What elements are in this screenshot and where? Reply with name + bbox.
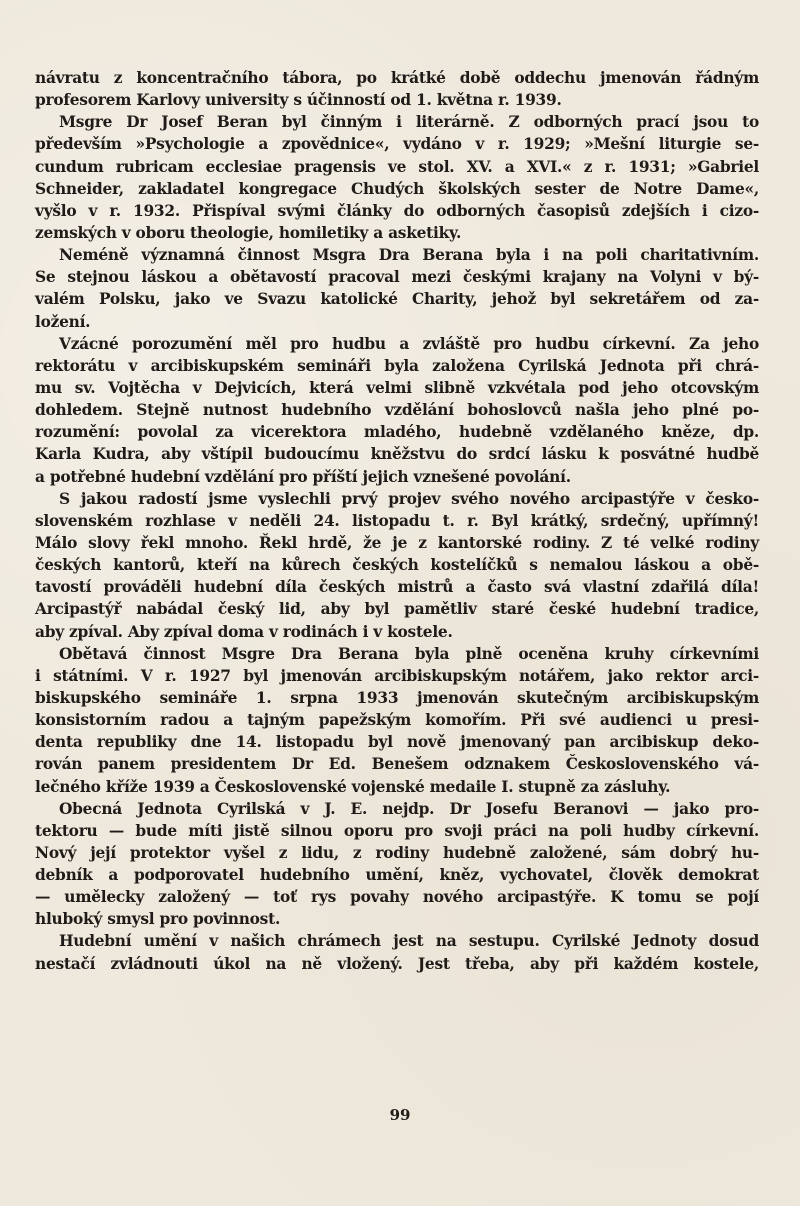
text-line: Schneider, zakladatel kongregace Chudých… [35,178,759,200]
text-line: — umělecky založený — toť rys povahy nov… [35,886,759,908]
paragraph: Obětavá činnost Msgre Dra Berana byla pl… [35,643,759,798]
paragraph: Hudební umění v našich chrámech jest na … [35,930,759,974]
text-line: lečného kříže 1939 a Československé voje… [35,776,759,798]
text-line: biskupského semináře 1. srpna 1933 jmeno… [35,687,759,709]
text-line: Hudební umění v našich chrámech jest na … [35,930,759,952]
text-line: a potřebné hudební vzdělání pro příští j… [35,466,759,488]
text-line: S jakou radostí jsme vyslechli prvý proj… [35,488,759,510]
text-line: Msgre Dr Josef Beran byl činným i literá… [35,111,759,133]
text-line: rektorátu v arcibiskupském semináři byla… [35,355,759,377]
text-line: tektoru — bude míti jistě silnou oporu p… [35,820,759,842]
page-body: návratu z koncentračního tábora, po krát… [35,67,759,975]
text-line: Málo slovy řekl mnoho. Řekl hrdě, že je … [35,532,759,554]
text-line: hluboký smysl pro povinnost. [35,908,759,930]
text-line: Karla Kudra, aby vštípil budoucímu kněžs… [35,443,759,465]
text-line: i státními. V r. 1927 byl jmenován arcib… [35,665,759,687]
text-line: Arcipastýř nabádal český lid, aby byl pa… [35,598,759,620]
text-line: návratu z koncentračního tábora, po krát… [35,67,759,89]
text-line: konsistorním radou a tajným papežským ko… [35,709,759,731]
text-line: českých kantorů, kteří na kůrech českých… [35,554,759,576]
text-line: Se stejnou láskou a obětavostí pracoval … [35,266,759,288]
page-number: 99 [0,1106,800,1124]
paragraph: návratu z koncentračního tábora, po krát… [35,67,759,111]
text-line: Obecná Jednota Cyrilská v J. E. nejdp. D… [35,798,759,820]
text-line: profesorem Karlovy university s účinnost… [35,89,759,111]
text-line: tavostí prováděli hudební díla českých m… [35,576,759,598]
text-line: aby zpíval. Aby zpíval doma v rodinách i… [35,621,759,643]
paragraph: Neméně významná činnost Msgra Dra Berana… [35,244,759,333]
text-line: cundum rubricam ecclesiae pragensis ve s… [35,156,759,178]
text-line: Vzácné porozumění měl pro hudbu a zvlášt… [35,333,759,355]
text-line: Obětavá činnost Msgre Dra Berana byla pl… [35,643,759,665]
text-line: zemských v oboru theologie, homiletiky a… [35,222,759,244]
text-line: valém Polsku, jako ve Svazu katolické Ch… [35,288,759,310]
text-line: dohledem. Stejně nutnost hudebního vzděl… [35,399,759,421]
text-line: Nový její protektor vyšel z lidu, z rodi… [35,842,759,864]
text-line: slovenském rozhlase v neděli 24. listopa… [35,510,759,532]
paragraph: Obecná Jednota Cyrilská v J. E. nejdp. D… [35,798,759,931]
text-line: rován panem presidentem Dr Ed. Benešem o… [35,753,759,775]
text-line: debník a podporovatel hudebního umění, k… [35,864,759,886]
paragraph: Msgre Dr Josef Beran byl činným i literá… [35,111,759,244]
text-line: denta republiky dne 14. listopadu byl no… [35,731,759,753]
text-line: vyšlo v r. 1932. Přispíval svými články … [35,200,759,222]
paragraph: S jakou radostí jsme vyslechli prvý proj… [35,488,759,643]
text-line: ložení. [35,311,759,333]
text-line: Neméně významná činnost Msgra Dra Berana… [35,244,759,266]
paragraph: Vzácné porozumění měl pro hudbu a zvlášt… [35,333,759,488]
text-line: nestačí zvládnouti úkol na ně vložený. J… [35,953,759,975]
text-line: především »Psychologie a zpovědnice«, vy… [35,133,759,155]
text-line: rozumění: povolal za vicerektora mladého… [35,421,759,443]
text-line: mu sv. Vojtěcha v Dejvicích, která velmi… [35,377,759,399]
